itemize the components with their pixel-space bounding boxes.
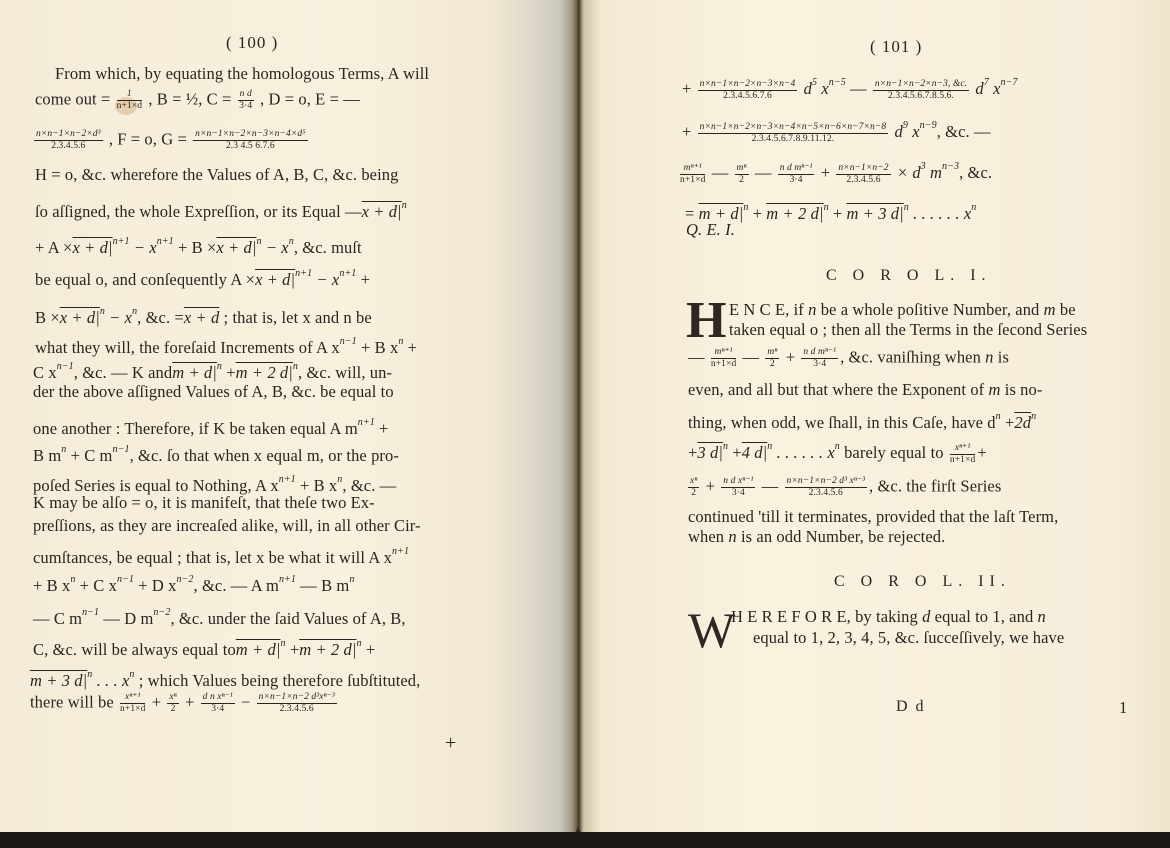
math-line: xⁿ2 + n d xⁿ⁻¹3·4 — n×n−1×n−2 d³ xⁿ⁻³2.3… [686, 476, 1001, 499]
fraction: n d3·4 [238, 89, 254, 112]
math-line: + A ×x + d|n+1 − xn+1 + B ×x + d|n − xn,… [35, 232, 362, 258]
qei-mark: Q. E. I. [686, 220, 735, 240]
page-number-left: ( 100 ) [226, 33, 278, 53]
math-line: thing, when odd, we ſhall, in this Caſe,… [688, 407, 1036, 433]
right-page: ( 101 ) + n×n−1×n−2×n−3×n−42.3.4.5.6.7.6… [578, 0, 1170, 838]
text-line: der the above aſſigned Values of A, B, &… [33, 382, 394, 402]
text-line: H E R E F O R E, by taking d equal to 1,… [731, 607, 1046, 627]
corollary-1-heading: C O R O L. I. [826, 266, 992, 286]
fraction: n d mⁿ⁻¹3·4 [778, 163, 815, 186]
math-line: n×n−1×n−2×d³2.3.4.5.6 , F = o, G = n×n−1… [32, 129, 310, 152]
text-line: continued 'till it terminates, provided … [688, 507, 1058, 527]
math-line: B ×x + d|n − xn, &c. =x + d ; that is, l… [35, 302, 372, 328]
math-line: +3 d|n +4 d|n . . . . . . xn barely equa… [688, 437, 987, 466]
fraction: 1n+1×d [117, 89, 142, 112]
page-number-right: ( 101 ) [870, 37, 922, 57]
fraction: n×n−1×n−2 d³ xⁿ⁻³2.3.4.5.6 [785, 476, 868, 499]
scan-background [0, 832, 1170, 848]
text-line: E N C E, if n be a whole poſitive Number… [729, 300, 1076, 320]
text-line: taken equal o ; then all the Terms in th… [729, 320, 1087, 340]
catchword-right: 1 [1119, 698, 1127, 718]
fraction: n d mⁿ⁻¹3·4 [801, 347, 838, 370]
fraction: n×n−1×n−2×d³2.3.4.5.6 [34, 129, 103, 152]
fraction: mⁿ2 [765, 347, 779, 370]
book-spread: ( 100 ) From which, by equating the homo… [0, 0, 1170, 848]
math-line: + n×n−1×n−2×n−3×n−42.3.4.5.6.7.6 d5 xn−5… [682, 73, 1018, 102]
math-line: C xn−1, &c. — K andm + d|n +m + 2 d|n, &… [33, 357, 392, 383]
fraction: mⁿ2 [735, 163, 749, 186]
fraction: xⁿ⁺¹n+1×d [120, 692, 145, 715]
book-gutter [572, 0, 582, 840]
math-line: — mⁿ⁺¹n+1×d — mⁿ2 + n d mⁿ⁻¹3·4, &c. van… [688, 347, 1009, 370]
fraction: n×n−1×n−2×n−3×n−4×d⁵2.3 4.5 6.7.6 [193, 129, 308, 152]
math-line: — C mn−1 — D mn−2, &c. under the ſaid Va… [33, 603, 406, 629]
math-line: mⁿ⁺¹n+1×d — mⁿ2 — n d mⁿ⁻¹3·4 + n×n−1×n−… [678, 157, 992, 186]
catchword-left: + [445, 733, 456, 753]
drop-cap-w: W [688, 606, 735, 654]
fraction: mⁿ⁺¹n+1×d [711, 347, 736, 370]
fraction: n d xⁿ⁻¹3·4 [721, 476, 755, 499]
fraction: xⁿ2 [688, 476, 699, 499]
fraction: n×n−1×n−2×n−3×n−42.3.4.5.6.7.6 [698, 79, 798, 102]
text-line: H = o, &c. wherefore the Values of A, B,… [35, 165, 398, 185]
text-line: preſſions, as they are increaſed alike, … [33, 516, 421, 536]
math-line: B mn + C mn−1, &c. ſo that when x equal … [33, 440, 399, 466]
math-line: one another : Therefore, if K be taken e… [33, 413, 388, 439]
math-line: + n×n−1×n−2×n−3×n−4×n−5×n−6×n−7×n−82.3.4… [682, 116, 991, 145]
fraction: n×n−1×n−2×n−3, &c.2.3.4.5.6.7.8.5.6. [873, 79, 969, 102]
math-line: + B xn + C xn−1 + D xn−2, &c. — A mn+1 —… [33, 570, 354, 596]
fraction: n×n−1×n−2 d³xⁿ⁻³2.3.4.5.6 [257, 692, 337, 715]
math-line: there will be xⁿ⁺¹n+1×d + xⁿ2 + d n xⁿ⁻¹… [30, 692, 339, 715]
fraction: xⁿ⁺¹n+1×d [950, 443, 975, 466]
text-line: when n is an odd Number, be rejected. [688, 527, 945, 547]
text-line: K may be alſo = o, it is manifeſt, that … [33, 493, 375, 513]
math-line: what they will, the foreſaid Increments … [35, 332, 417, 358]
corollary-2-heading: C O R O L. II. [834, 572, 1011, 592]
signature-mark: D d [896, 697, 926, 717]
text-line: From which, by equating the homologous T… [55, 64, 429, 84]
fraction: xⁿ2 [167, 692, 178, 715]
math-line: be equal o, and conſequently A ×x + d|n+… [35, 264, 370, 290]
fraction: n×n−1×n−22.3.4.5.6 [836, 163, 890, 186]
fraction: mⁿ⁺¹n+1×d [680, 163, 705, 186]
left-page: ( 100 ) From which, by equating the homo… [0, 0, 578, 838]
math-line: ſo aſſigned, the whole Expreſſion, or it… [35, 196, 407, 222]
fraction: d n xⁿ⁻¹3·4 [201, 692, 235, 715]
text-line: even, and all but that where the Exponen… [688, 380, 1042, 400]
fraction: n×n−1×n−2×n−3×n−4×n−5×n−6×n−7×n−82.3.4.5… [698, 122, 889, 145]
text-line: equal to 1, 2, 3, 4, 5, &c. ſucceſſively… [753, 628, 1064, 648]
math-line: C, &c. will be always equal tom + d|n +m… [33, 634, 375, 660]
math-line: come out = 1n+1×d , B = ½, C = n d3·4 , … [35, 89, 360, 112]
math-line: m + 3 d|n . . . xn ; which Values being … [30, 665, 420, 691]
math-line: cumſtances, be equal ; that is, let x be… [33, 542, 409, 568]
drop-cap-h: H [686, 297, 726, 345]
